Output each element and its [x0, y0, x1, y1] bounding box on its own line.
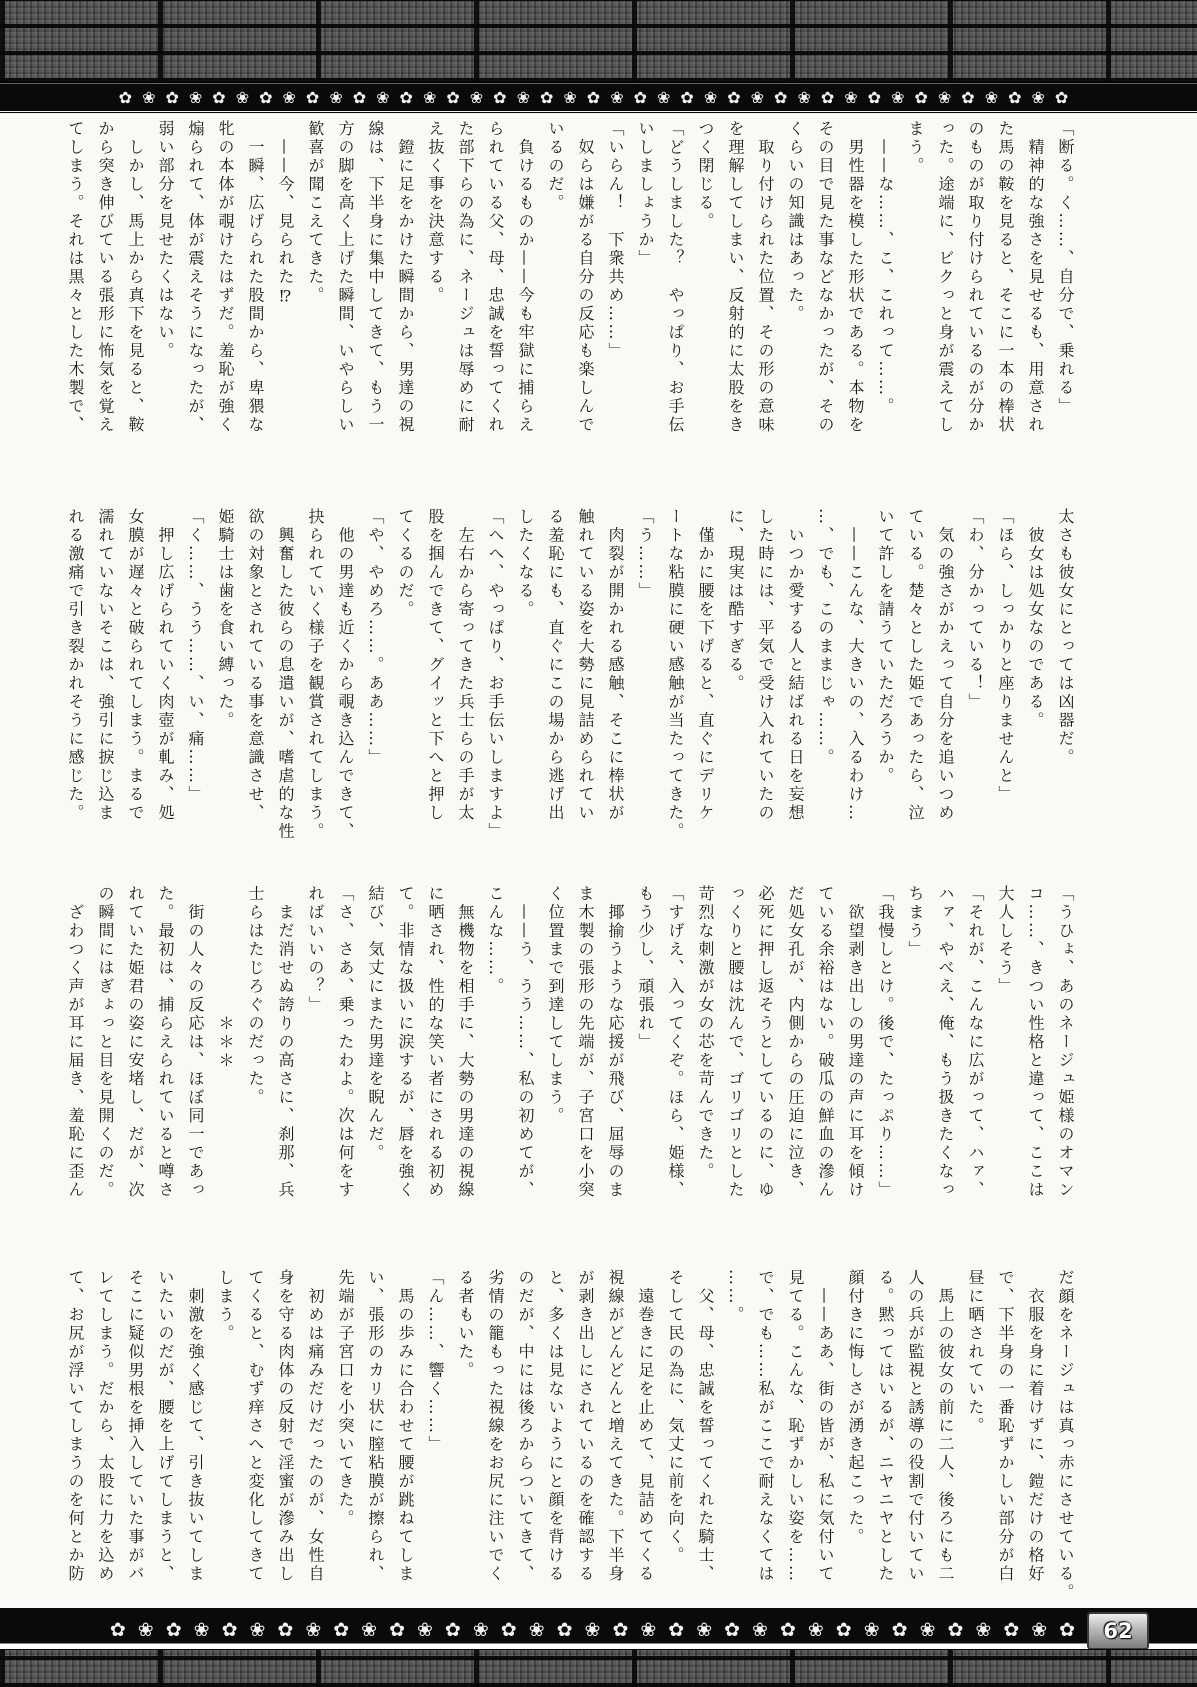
text-column: 左右から寄ってきた兵士らの手が太 [450, 508, 480, 840]
floral-ornament-band-bottom: ✿❀✿❀✿❀✿❀✿❀✿❀✿❀✿❀✿❀✿❀✿❀✿❀✿❀✿❀✿❀✿❀✿❀✿ 62 [0, 1608, 1197, 1650]
text-column: だ顔をネージュは真っ赤にさせている。 [1050, 1269, 1080, 1601]
text-column: れる激痛で引き裂かれそうに感じた。 [60, 508, 90, 840]
text-column: 欲望剥き出しの男達の声に耳を傾け [840, 885, 870, 1217]
text-column: から突き伸びている張形に怖気を覚え [90, 120, 120, 452]
text-column: られている父、母、忠誠を誓ってくれ [480, 120, 510, 452]
text-column: 視線がどんどんと増えてきた。下半身 [600, 1269, 630, 1601]
text-column: てしまう。それは黒々とした木製で、 [60, 120, 90, 452]
text-column: 奴らは嫌がる自分の反応も楽しんで [570, 120, 600, 452]
text-column: 「断る。く……、自分で、乗れる」 [1050, 120, 1080, 452]
text-column: コ……、きつい性格と違って、ここは [1020, 885, 1050, 1217]
text-column: 一瞬、広げられた股間から、卑猥な [240, 120, 270, 452]
text-column: 大人しそう」 [990, 885, 1020, 1217]
text-column: 歓喜が聞こえてきた。 [300, 120, 330, 452]
text-column: る羞恥にも、直ぐにこの場から逃げ出 [540, 508, 570, 840]
text-column: 「う……」 [630, 508, 660, 840]
text-column: 遠巻きに足を止めて、見詰めてくる [630, 1269, 660, 1601]
text-column: に晒され、性的な笑い者にされる初め [420, 885, 450, 1217]
text-column: こんな……。 [480, 885, 510, 1217]
text-column: 「へへ、やっぱり、お手伝いしますよ」 [480, 508, 510, 840]
text-column: 弱い部分を見せたくはない。 [150, 120, 180, 452]
text-column: て、お尻が浮いてしまうのを何とか防 [60, 1269, 90, 1601]
text-column: まう。 [900, 120, 930, 452]
text-column: 鐙に足をかけた瞬間から、男達の視 [390, 120, 420, 452]
page-number: 62 [1103, 1619, 1132, 1643]
text-column: 昼に晒されていた。 [960, 1269, 990, 1601]
text-column: 他の男達も近くから覗き込んできて、 [330, 508, 360, 840]
text-column: した時には、平気で受け入れていたの [750, 508, 780, 840]
text-column: に、現実は酷すぎる。 [720, 508, 750, 840]
text-column: いるのだ。 [540, 120, 570, 452]
text-column: てくると、むず痒さへと変化してきて [240, 1269, 270, 1601]
text-band-2: 太さも彼女にとっては凶器だ。 彼女は処女なのである。「ほら、しっかりと座りません… [60, 508, 1080, 840]
text-column: まだ消せぬ誇りの高さに、刹那、兵 [270, 885, 300, 1217]
text-column: 馬上の彼女の前に二人、後ろにも二 [930, 1269, 960, 1601]
text-column: いしましょうか」 [630, 120, 660, 452]
text-column: 股を掴んできて、グイッと下へと押し [420, 508, 450, 840]
text-column: のだが、中には後ろからついてきて、 [510, 1269, 540, 1601]
text-column: 結び、気丈にまた男達を睨んだ。 [360, 885, 390, 1217]
text-column: 抉られていく様子を観賞されてしまう。 [300, 508, 330, 840]
text-column: ればいいの？」 [300, 885, 330, 1217]
text-column: ——な……、こ、これって……。 [870, 120, 900, 452]
page-number-box: 62 [1087, 1612, 1149, 1650]
text-column: てくるのだ。 [390, 508, 420, 840]
book-page: ✿❀✿❀✿❀✿❀✿❀✿❀✿❀✿❀✿❀✿❀✿❀✿❀✿❀✿❀✿❀✿❀✿❀✿❀✿❀✿❀… [0, 0, 1197, 1687]
text-column: く位置まで到達してしまう。 [540, 885, 570, 1217]
text-column: 「く……、うう……、い、痛……」 [180, 508, 210, 840]
text-column: 士らはたじろぐのだった。 [240, 885, 270, 1217]
text-column: 「や、やめろ……。ああ……」 [360, 508, 390, 840]
text-column: 顔付きに悔しさが湧き起こった。 [840, 1269, 870, 1601]
text-column: え抜く事を決意する。 [420, 120, 450, 452]
text-column: 馬の歩みに合わせて腰が跳ねてしま [390, 1269, 420, 1601]
text-column: 父、母、忠誠を誓ってくれた騎士、 [690, 1269, 720, 1601]
text-column: 僅かに腰を下げると、直ぐにデリケ [690, 508, 720, 840]
brick-border-top [0, 0, 1197, 83]
text-column: 「どうしました？ やっぱり、お手伝 [660, 120, 690, 452]
text-column: 線は、下半身に集中してきて、もう一 [360, 120, 390, 452]
text-column: 女膜が遅々と破られてしまう。まるで [120, 508, 150, 840]
text-column: 苛烈な刺激が女の芯を苛んできた。 [690, 885, 720, 1217]
text-column: 身を守る肉体の反射で淫蜜が滲み出し [270, 1269, 300, 1601]
text-column: したくなる。 [510, 508, 540, 840]
text-column: ＊＊＊ [210, 885, 240, 1217]
text-column: 先端が子宮口を小突いてきた。 [330, 1269, 360, 1601]
text-column: ちまう」 [900, 885, 930, 1217]
text-column: 興奮した彼らの息遣いが、嗜虐的な性 [270, 508, 300, 840]
text-column: 「わ、分かっている！」 [960, 508, 990, 840]
text-column: 衣服を身に着けずに、鎧だけの格好 [1020, 1269, 1050, 1601]
text-column: いつか愛する人と結ばれる日を妄想 [780, 508, 810, 840]
text-band-3: 「うひょ、あのネージュ姫様のオマンコ……、きつい性格と違って、ここは大人しそう」… [60, 885, 1080, 1217]
text-column: ハァ、やべえ、俺、もう扱きたくなっ [930, 885, 960, 1217]
text-column: 方の脚を高く上げた瞬間、いやらしい [330, 120, 360, 452]
text-column: れていた姫君の姿に安堵し、だが、次 [120, 885, 150, 1217]
text-column: ……。 [720, 1269, 750, 1601]
text-column: 押し広げられていく肉壺が軋み、処 [150, 508, 180, 840]
text-column: ている。楚々とした姫であったら、泣 [900, 508, 930, 840]
text-column: た馬の鞍を見ると、そこに一本の棒状 [990, 120, 1020, 452]
text-column: しまう。 [210, 1269, 240, 1601]
text-column: 揶揄うような応援が飛び、屈辱のま [600, 885, 630, 1217]
text-column: …、でも、このままじゃ……。 [810, 508, 840, 840]
text-column: 煽られて、体が震えそうになったが、 [180, 120, 210, 452]
text-column: つく閉じる。 [690, 120, 720, 452]
text-column: 「すげえ、入ってくぞ。ほら、姫様、 [660, 885, 690, 1217]
text-column: 「ん……、響く……」 [420, 1269, 450, 1601]
text-column: 姫騎士は歯を食い縛った。 [210, 508, 240, 840]
text-column: い、張形のカリ状に膣粘膜が擦られ、 [360, 1269, 390, 1601]
text-column: 精神的な強さを見せるも、用意され [1020, 120, 1050, 452]
text-column: が剥き出しにされているのを確認する [570, 1269, 600, 1601]
text-column: ——ああ、街の皆が、私に気付いて [810, 1269, 840, 1601]
text-column: を理解してしまい、反射的に太股をき [720, 120, 750, 452]
text-column: と、多くは見ないようにと顔を背ける [540, 1269, 570, 1601]
text-column: る。黙ってはいるが、ニヤニヤとした [870, 1269, 900, 1601]
text-column: 牝の本体が覗けたはずだ。羞恥が強く [210, 120, 240, 452]
text-column: そして民の為に、気丈に前を向く。 [660, 1269, 690, 1601]
text-column: 「それが、こんなに広がって、ハァ、 [960, 885, 990, 1217]
text-column: 無機物を相手に、大勢の男達の視線 [450, 885, 480, 1217]
text-column: 負けるものか——今も牢獄に捕らえ [510, 120, 540, 452]
text-column: 触れている姿を大勢に見詰められてい [570, 508, 600, 840]
text-column: 見てる。こんな、恥ずかしい姿を…… [780, 1269, 810, 1601]
text-column: で、でも……私がここで耐えなくては [750, 1269, 780, 1601]
text-column: だ処女孔が、内側からの圧迫に泣き、 [780, 885, 810, 1217]
text-column: もう少し、頑張れ」 [630, 885, 660, 1217]
text-column: 彼女は処女なのである。 [1020, 508, 1050, 840]
text-column: レてしまう。だから、太股に力を込め [90, 1269, 120, 1601]
floral-ornament-pattern: ✿❀✿❀✿❀✿❀✿❀✿❀✿❀✿❀✿❀✿❀✿❀✿❀✿❀✿❀✿❀✿❀✿❀✿❀✿❀✿❀… [119, 88, 1079, 107]
text-column: いたいのだが、腰を上げてしまうと、 [150, 1269, 180, 1601]
text-column: 「いらん！ 下衆共め……」 [600, 120, 630, 452]
text-column: っくりと腰は沈んで、ゴリゴリとした [720, 885, 750, 1217]
text-column: 太さも彼女にとっては凶器だ。 [1050, 508, 1080, 840]
text-column: ている余裕はない。破瓜の鮮血の滲ん [810, 885, 840, 1217]
text-column: そこに疑似男根を挿入していた事がバ [120, 1269, 150, 1601]
text-column: 濡れていないそこは、強引に捩じ込ま [90, 508, 120, 840]
text-column: 「我慢しとけ。後で、たっぷり……」 [870, 885, 900, 1217]
text-column: た部下らの為に、ネージュは辱めに耐 [450, 120, 480, 452]
text-column: 欲の対象とされている事を意識させ、 [240, 508, 270, 840]
text-column: ートな粘膜に硬い感触が当たってきた。 [660, 508, 690, 840]
text-column: 劣情の籠もった視線をお尻に注いでく [480, 1269, 510, 1601]
text-column: 街の人々の反応は、ほぼ同一であっ [180, 885, 210, 1217]
text-column: 取り付けられた位置、その形の意味 [750, 120, 780, 452]
text-column: 男性器を模した形状である。本物を [840, 120, 870, 452]
text-column: いて許しを請うていただろうか。 [870, 508, 900, 840]
text-band-1: 「断る。く……、自分で、乗れる」 精神的な強さを見せるも、用意された馬の鞍を見る… [60, 120, 1080, 452]
text-column: った。途端に、ビクっと身が震えてし [930, 120, 960, 452]
text-column: しかし、馬上から真下を見ると、鞍 [120, 120, 150, 452]
text-column: 「うひょ、あのネージュ姫様のオマン [1050, 885, 1080, 1217]
text-column: ——こんな、大きいの、入るわけ… [840, 508, 870, 840]
text-column: 気の強さがかえって自分を追いつめ [930, 508, 960, 840]
text-column: て。非情な扱いに涙するが、唇を強く [390, 885, 420, 1217]
text-column: ま木製の張形の先端が、子宮口を小突 [570, 885, 600, 1217]
text-band-4: だ顔をネージュは真っ赤にさせている。 衣服を身に着けずに、鎧だけの格好で、下半身… [60, 1269, 1080, 1601]
text-column: た。最初は、捕らえられていると噂さ [150, 885, 180, 1217]
brick-border-bottom [0, 1649, 1197, 1687]
text-column: で、下半身の一番恥ずかしい部分が白 [990, 1269, 1020, 1601]
floral-ornament-pattern: ✿❀✿❀✿❀✿❀✿❀✿❀✿❀✿❀✿❀✿❀✿❀✿❀✿❀✿❀✿❀✿❀✿❀✿ [110, 1619, 1087, 1641]
text-column: 「さ、さあ、乗ったわよ。次は何をす [330, 885, 360, 1217]
text-column: る者もいた。 [450, 1269, 480, 1601]
text-column: その目で見た事などなかったが、その [810, 120, 840, 452]
text-column: ざわつく声が耳に届き、羞恥に歪ん [60, 885, 90, 1217]
text-column: ——う、うう……、私の初めてが、 [510, 885, 540, 1217]
page-text-area: 「断る。く……、自分で、乗れる」 精神的な強さを見せるも、用意された馬の鞍を見る… [0, 110, 1197, 1612]
text-column: 肉裂が開かれる感触、そこに棒状が [600, 508, 630, 840]
text-column: ——今、見られた⁉ [270, 120, 300, 452]
text-column: のものが取り付けられているのが分か [960, 120, 990, 452]
text-column: 人の兵が監視と誘導の役割で付いてい [900, 1269, 930, 1601]
text-column: 必死に押し返そうとしているのに、ゆ [750, 885, 780, 1217]
text-column: 「ほら、しっかりと座りませんと」 [990, 508, 1020, 840]
text-column: 刺激を強く感じて、引き抜いてしま [180, 1269, 210, 1601]
text-column: くらいの知識はあった。 [780, 120, 810, 452]
text-column: の瞬間にはぎょっと目を見開くのだ。 [90, 885, 120, 1217]
text-column: 初めは痛みだけだったのが、女性自 [300, 1269, 330, 1601]
